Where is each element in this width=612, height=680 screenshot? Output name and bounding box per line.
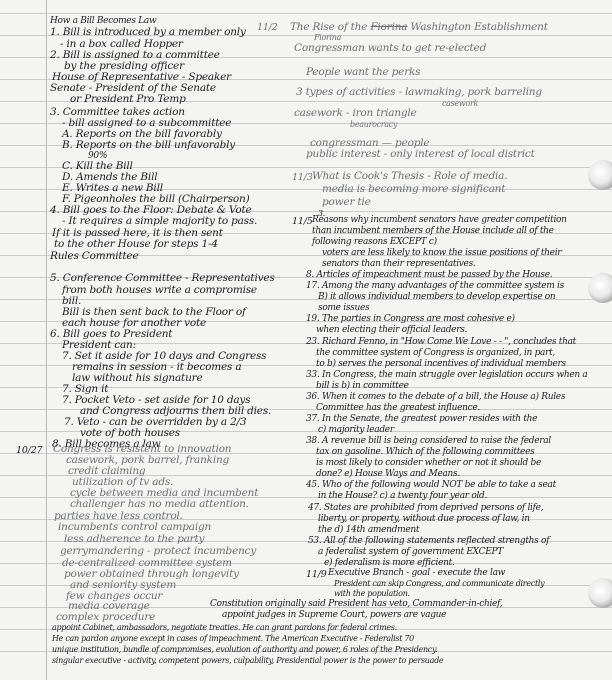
notebook-page: How a Bill Becomes Law 1. Bill is introd… bbox=[0, 0, 612, 680]
note-line: casework bbox=[442, 98, 478, 110]
note-line: What is Cook's Thesis - Role of media. bbox=[312, 170, 507, 182]
note-line: when electing their official leaders. bbox=[316, 324, 467, 336]
note-line: challenger has no media attention. bbox=[70, 498, 249, 510]
date-label: 11/5 bbox=[292, 216, 313, 228]
note-line: incumbents control campaign bbox=[58, 521, 211, 533]
note-line: appoint judges in Supreme Court, powers … bbox=[222, 609, 446, 621]
note-line: to the other House for steps 1-4 bbox=[54, 238, 218, 250]
note-line: power tie bbox=[322, 196, 371, 208]
note-line: 5. Conference Committee - Representative… bbox=[50, 272, 275, 284]
note-line: 1. Bill is introduced by a member only bbox=[50, 26, 246, 38]
note-line: or President Pro Temp bbox=[70, 93, 186, 105]
struck-word: Fiorina bbox=[370, 21, 407, 33]
date-label: 11/9 bbox=[306, 569, 327, 581]
note-line: casework - iron triangle bbox=[294, 107, 417, 119]
note-line: from both houses write a compromise bbox=[62, 284, 257, 296]
binder-hole-middle bbox=[588, 273, 612, 303]
binder-hole-bottom bbox=[588, 578, 612, 608]
note-line: gerrymandering - protect incumbency bbox=[60, 545, 256, 557]
date-label: 11/3 bbox=[292, 172, 313, 184]
note-line: People want the perks bbox=[306, 66, 420, 78]
binder-hole-top bbox=[588, 160, 612, 190]
note-line: 3 types of activities - lawmaking, pork … bbox=[296, 86, 542, 98]
date-label: 10/27 bbox=[16, 445, 42, 457]
note-line: public interest - only interest of local… bbox=[306, 148, 535, 160]
note-line: less adherence to the party bbox=[64, 533, 204, 545]
note-line: Congressman wants to get re-elected bbox=[294, 42, 486, 54]
note-line: Rules Committee bbox=[50, 250, 138, 262]
title-suffix: Washington Establishment bbox=[411, 21, 548, 33]
note-line: singular executive - activity, competent… bbox=[52, 655, 443, 667]
margin-line bbox=[46, 0, 47, 680]
note-line: media is becoming more significant bbox=[322, 183, 505, 195]
date-label: 11/2 bbox=[257, 22, 278, 34]
note-line: beaurocracy bbox=[350, 119, 397, 131]
note-line: in the House? c) a twenty four year old. bbox=[318, 490, 487, 502]
note-line: - It requires a simple majority to pass. bbox=[62, 215, 257, 227]
